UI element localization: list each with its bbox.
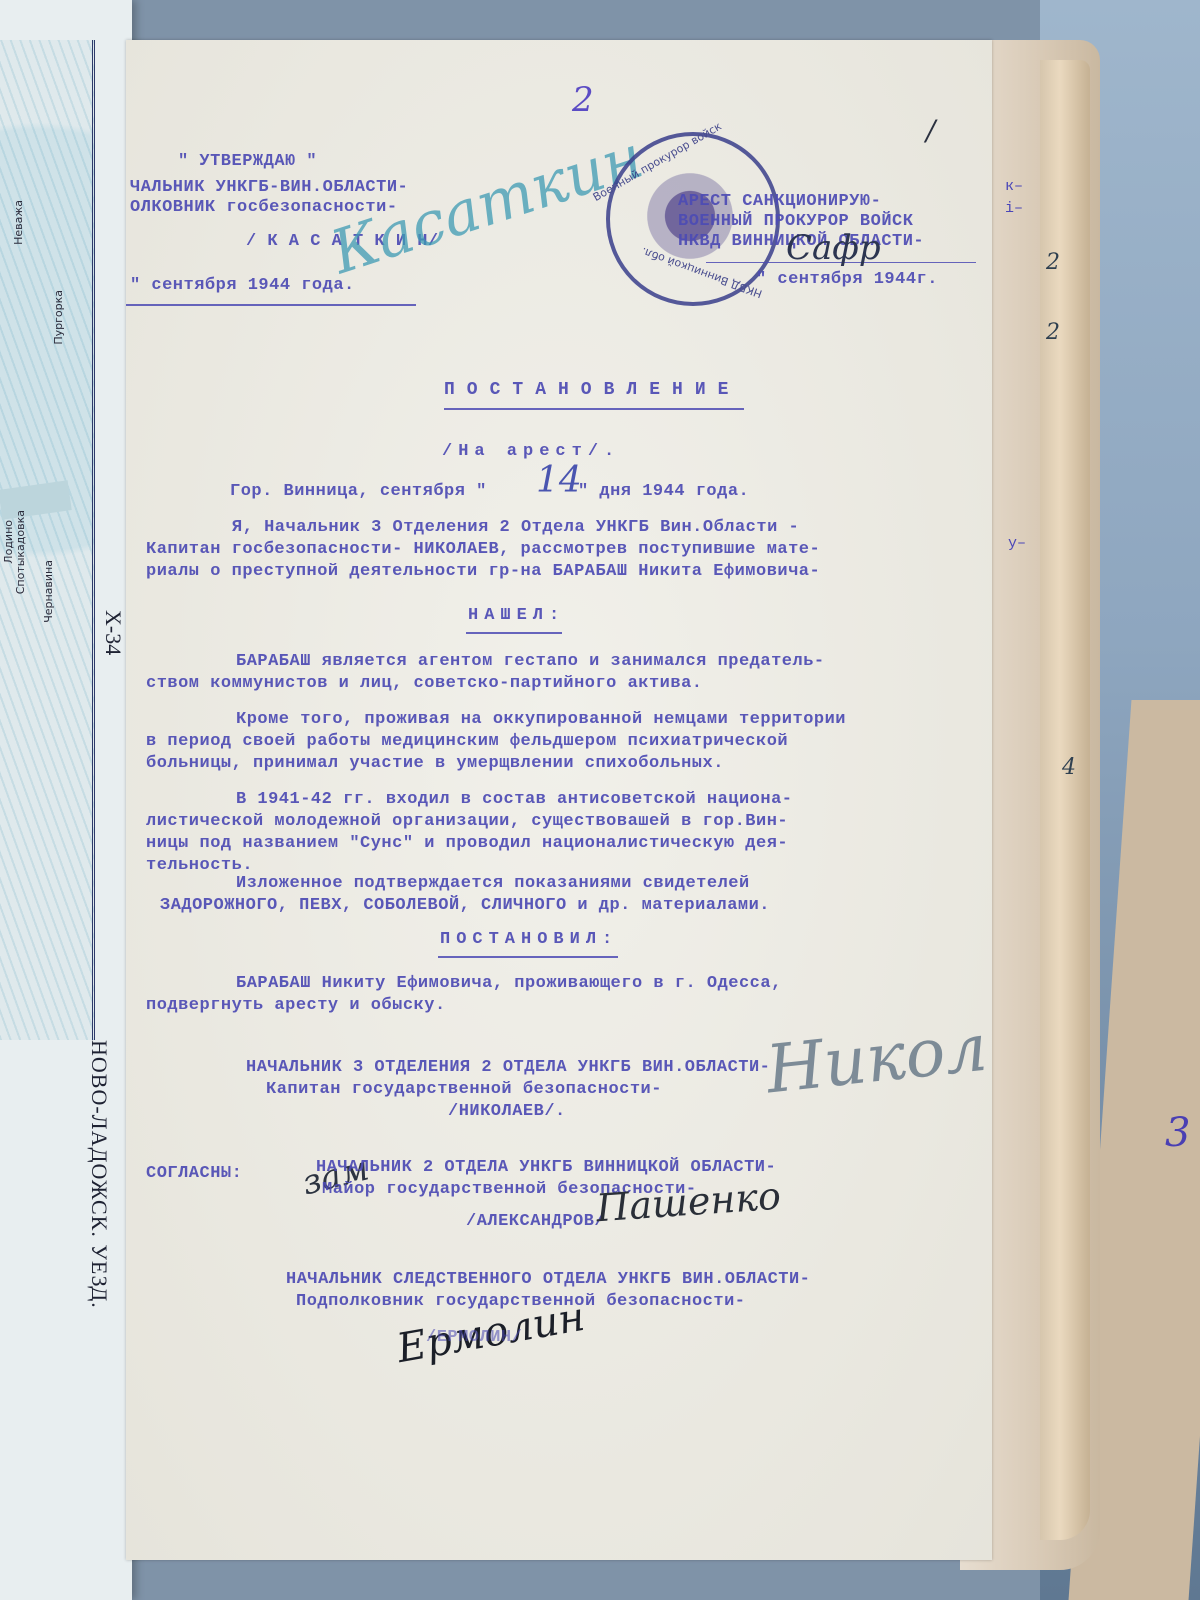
map-drawing: Неважа Пургорка Спотыкадовка Чернавина Л… — [0, 40, 95, 1040]
signatory-1-position: НАЧАЛЬНИК 3 ОТДЕЛЕНИЯ 2 ОТДЕЛА УНКГБ ВИН… — [246, 1058, 770, 1077]
stack-type-fragment: к– — [1005, 178, 1023, 195]
approval-date: " сентября 1944 года. — [130, 276, 355, 295]
signatory-1-rank: Капитан государственной безопасности- — [266, 1080, 662, 1099]
signatory-3-name: /ЕРМОЛИН/ — [426, 1328, 522, 1347]
arrest-resolution-document: 2 / " УТВЕРЖДАЮ " ЧАЛЬНИК УНКГБ-ВИН.ОБЛА… — [126, 40, 992, 1560]
signatory-3-position: НАЧАЛЬНИК СЛЕДСТВЕННОГО ОТДЕЛА УНКГБ ВИН… — [286, 1270, 810, 1289]
page-stack-edge — [1040, 60, 1090, 1540]
finding-line: Кроме того, проживая на оккупированной н… — [236, 710, 846, 729]
map-district-title: НОВО-ЛАДОЖСК. УЕЗД. — [86, 1040, 112, 1309]
intro-line: риалы о преступной деятельности гр-на БА… — [146, 562, 820, 581]
map-river — [0, 480, 72, 519]
sanction-line-1: АРЕСТ САНКЦИОНИРУЮ- — [678, 192, 881, 211]
sanction-date: " сентября 1944г. — [756, 270, 938, 289]
finding-line: тельность. — [146, 856, 253, 875]
finding-line: листической молодежной организации, суще… — [146, 812, 788, 831]
map-place-label: Пургорка — [52, 290, 65, 345]
agreed-label: СОГЛАСНЫ: — [146, 1164, 242, 1183]
place-date-suffix: " дня 1944 года. — [578, 482, 749, 501]
finding-line: ницы под названием "Сунс" и проводил нац… — [146, 834, 788, 853]
map-place-label: Лодино — [2, 520, 15, 564]
resolved-heading: ПОСТАНОВИЛ: — [440, 930, 618, 949]
stack-type-fragment: у– — [1008, 535, 1026, 552]
finding-line: ЗАДОРОЖНОГО, ПЕВХ, СОБОЛЕВОЙ, СЛИЧНОГО и… — [160, 896, 770, 915]
approval-heading: " УТВЕРЖДАЮ " — [178, 152, 317, 171]
map-sheet-number: X-34 — [100, 610, 126, 655]
approval-underline — [126, 304, 416, 306]
finding-line: ством коммунистов и лиц, советско-партий… — [146, 674, 703, 693]
intro-line: Я, Начальник 3 Отделения 2 Отдела УНКГБ … — [232, 518, 799, 537]
resolution-line: БАРАБАШ Никиту Ефимовича, проживающего в… — [236, 974, 782, 993]
finding-line: В 1941-42 гг. входил в состав антисоветс… — [236, 790, 793, 809]
place-date-prefix: Гор. Винница, сентября " — [230, 482, 487, 501]
stack-handwritten-mark: 2 — [1046, 250, 1060, 275]
corner-handwritten-mark: / — [926, 114, 935, 147]
stack-handwritten-mark: 2 — [1046, 320, 1060, 345]
signatory-2-name: /АЛЕКСАНДРОВ/ — [466, 1212, 605, 1231]
document-title: ПОСТАНОВЛЕНИЕ — [444, 380, 740, 400]
intro-line: Капитан госбезопасности- НИКОЛАЕВ, рассм… — [146, 540, 820, 559]
map-page: Неважа Пургорка Спотыкадовка Чернавина Л… — [0, 0, 132, 1600]
found-underline — [466, 632, 562, 634]
stack-type-fragment: і– — [1005, 200, 1023, 217]
signatory-1-signature: Никол — [763, 1009, 991, 1109]
resolved-underline — [438, 956, 618, 958]
found-heading: НАШЕЛ: — [468, 606, 565, 625]
signatory-1-name: /НИКОЛАЕВ/. — [448, 1102, 566, 1121]
finding-line: Изложенное подтверждается показаниями св… — [236, 874, 750, 893]
map-place-label: Неважа — [12, 200, 25, 245]
handwritten-day: 14 — [536, 460, 582, 501]
approval-signature: Касаткин — [323, 122, 651, 288]
finding-line: БАРАБАШ является агентом гестапо и заним… — [236, 652, 825, 671]
stack-handwritten-mark: 4 — [1062, 755, 1076, 780]
document-subtitle: /На арест/. — [442, 442, 620, 461]
folder-handwritten-mark: 3 — [1165, 1110, 1190, 1156]
sanction-signature: Сафр — [786, 228, 881, 268]
finding-line: больницы, принимал участие в умерщвлении… — [146, 754, 724, 773]
approval-line-1: ЧАЛЬНИК УНКГБ-ВИН.ОБЛАСТИ- — [130, 178, 408, 197]
map-place-label: Спотыкадовка — [14, 510, 27, 594]
finding-line: в период своей работы медицинским фельдш… — [146, 732, 788, 751]
title-underline — [444, 408, 744, 410]
resolution-line: подвергнуть аресту и обыску. — [146, 996, 446, 1015]
page-number: 2 — [572, 80, 594, 120]
signatory-2-position: НАЧАЛЬНИК 2 ОТДЕЛА УНКГБ ВИННИЦКОЙ ОБЛАС… — [316, 1158, 776, 1177]
map-place-label: Чернавина — [42, 560, 55, 623]
